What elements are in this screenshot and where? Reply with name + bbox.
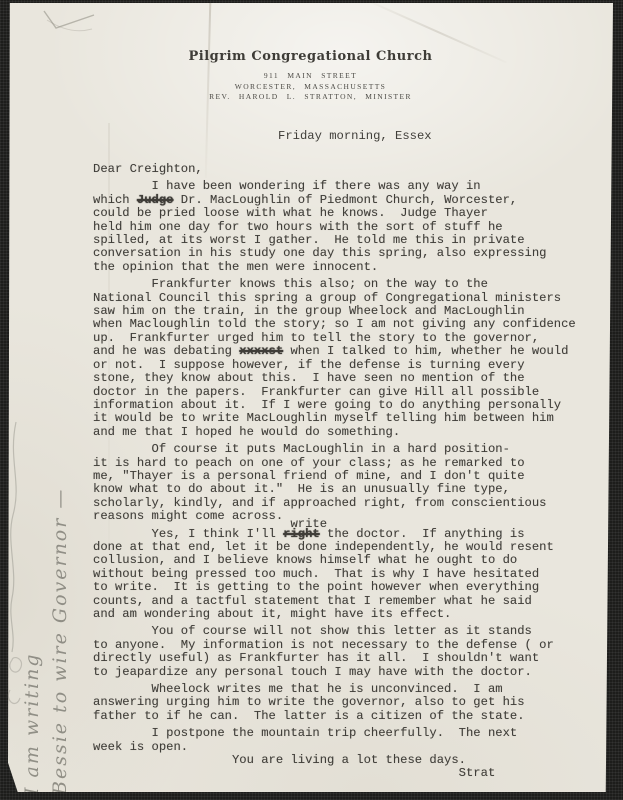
- paragraph-7: I postpone the mountain trip cheerfully.…: [93, 727, 593, 754]
- letter-body: Dear Creighton, I have been wondering if…: [93, 163, 593, 781]
- closing-and-signature: You are living a lot these days. Strat: [93, 754, 593, 781]
- letterhead-church-name: Pilgrim Congregational Church: [8, 49, 613, 64]
- letterhead-city: WORCESTER, MASSACHUSETTS: [8, 82, 613, 93]
- struck-out-word: Judge: [137, 193, 174, 207]
- paragraph-4-lines: Yes, I think I'll right the doctor. If a…: [93, 528, 593, 622]
- letterhead-minister: REV. HAROLD L. STRATTON, MINISTER: [8, 92, 613, 103]
- greeting: Dear Creighton,: [93, 163, 593, 176]
- paragraph-3: Of course it puts MacLoughlin in a hard …: [93, 443, 593, 523]
- marginalia-line-2: Bessie to wire Governor —: [46, 545, 74, 795]
- letterhead-address: 911 MAIN STREET: [8, 71, 613, 82]
- inserted-word: write: [290, 518, 327, 531]
- pencil-checkmark: [30, 5, 120, 49]
- photograph-background: { "letterhead": { "church_name": "Pilgri…: [0, 0, 623, 800]
- paragraph-2: Frankfurter knows this also; on the way …: [93, 278, 593, 439]
- paragraph-1: I have been wondering if there was any w…: [93, 180, 593, 274]
- letterhead: Pilgrim Congregational Church 911 MAIN S…: [8, 49, 613, 103]
- paragraph-4: write Yes, I think I'll right the doctor…: [93, 528, 593, 622]
- dateline: Friday morning, Essex: [278, 129, 432, 143]
- struck-out-word: xxxxst: [239, 344, 283, 358]
- paragraph-6: Wheelock writes me that he is unconvince…: [93, 683, 593, 723]
- letter-page: Pilgrim Congregational Church 911 MAIN S…: [8, 3, 613, 792]
- pencil-edge-scribble: [0, 420, 30, 750]
- paragraph-5: You of course will not show this letter …: [93, 625, 593, 679]
